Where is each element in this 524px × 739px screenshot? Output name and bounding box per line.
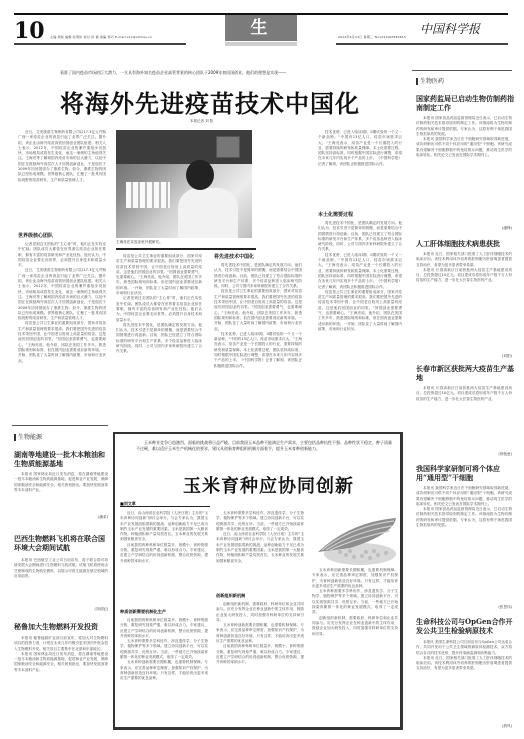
left-sidebar-label: 生物能源 (14, 432, 42, 441)
header-underline-left (14, 43, 186, 45)
right-item-5-headline: 生命科技公司与OpGen合作开发公共卫生检验病原技术 (416, 617, 514, 635)
header-underline-right (336, 43, 508, 45)
right-item-4-body: 本报讯 我国科学家近日在干细胞研究领域取得新进展，成功研制出可供不同个体应用的“… (416, 486, 512, 602)
editor-info: 主编:周斌 编辑:张明伟 校对:何 楠 美编:郑巧 E-mail:xxx@sti… (50, 35, 152, 39)
lead-col3-text: 将先进技术中国化，是团队确定的发展方向。他们认为，技术引进不是简单的照搬，而是需… (214, 263, 302, 420)
page-number: 10 (14, 20, 45, 42)
lead-col1-text: 近日，艾美康淮生物制药有限公司以17.3亿元并购广西一家疫苗企业的消息引起了业界… (18, 130, 106, 230)
left-item-1-headline: 湖南等地建设一批木本粮油和生物质能源基地 (14, 450, 110, 468)
left-item-3-headline: 秘鲁加大生物燃料开发投资 (14, 622, 110, 631)
feature-col2-text: 玉米育种需要多学科协作，涉及遗传学、分子生物学、植物保护等多个领域。建立协同创新… (216, 511, 304, 595)
lead-col4-text: 技术优势，已进入临床I期、II期试验的一个又一个新品种。“中国有13亿人口，疫苗… (318, 130, 402, 210)
lead-col4b-text: 将先进技术中国化，是团队确定的发展方向。他们认为，技术引进不是简单的照搬，而是需… (318, 221, 402, 421)
right-item-3-body: 本报讯 长春高新区日前获批两大疫苗生产基地建设项目，总投资超过10亿元。项目建成… (416, 386, 512, 452)
lead-headline: 将海外先进疫苗技术中国化 (60, 90, 360, 118)
right-item-2-headline: 人工肝体细胞技术病患获批 (416, 239, 514, 248)
right-sidebar-rule (412, 70, 512, 71)
right-item-4-source: (张思玮) (416, 605, 512, 610)
right-item-2-source: (刘阳) (416, 354, 512, 359)
date-info: 2012年6月13日 星期三 Tel:(010)62580615 (338, 35, 406, 39)
right-item-2-body: 本报讯 近日，国家相关部门批准了人工肝体细胞技术的临床应用。该技术利用体外培养的… (416, 252, 512, 354)
left-item-3-body: 本报讯 秘鲁能源矿业部日前宣布，将加大对生物燃料项目的投资力度，计划在未来几年内… (14, 636, 108, 731)
right-item-3-headline: 长春市新区获批两大疫苗生产基地 (416, 364, 514, 382)
left-item-2-body: 本报讯 巴西航空工业公司日前宣布，将于联合国可持续发展大会期间进行生物燃料飞机试… (14, 558, 108, 606)
left-item-1-body: 本报讯 国家林业局近日发布消息，将在湖南等地建设一批木本粮油和生物质能源基地，促… (14, 472, 108, 514)
lead-subhead-3: 本土化需要过程 (318, 212, 353, 219)
lab-device (216, 136, 240, 158)
photo-caption: 王海亮在实验室里开展研究。 (116, 240, 163, 245)
feature-byline-rule (120, 506, 210, 507)
corn-photo (310, 512, 398, 567)
feature-col1b-text: 目前我国育种科研单位数量多、规模小，育种资源分散，重复研究现象严重，难以形成合力… (120, 618, 208, 724)
feature-col3-text: 玉米育种创新需要长期积累，也需要机制保障。专家表示，应完善品种审定制度，加强知识… (312, 568, 398, 724)
lab-photo (116, 130, 252, 238)
right-item-1-headline: 国家药监局已启动生物仿制药指南制定工作 (416, 94, 514, 112)
lead-col2-text: 疫苗是公共卫生事业的重要组成部分，国家对疫苗生产和质量管理的要求很高。我们要把国… (116, 254, 202, 420)
left-item-1-source: (潘希) (14, 515, 108, 520)
lead-byline: 本报记者 刘 阳 (190, 119, 213, 124)
feature-headline: 玉米育种应协同创新 (183, 472, 354, 498)
lead-subhead-1: 世界级核心团队 (18, 233, 53, 240)
left-item-2-headline: 巴西生物燃料飞机将在联合国环境大会期间试航 (14, 534, 110, 552)
lead-subhead-2: 将先进技术中国化 (214, 254, 254, 261)
photo-rule (116, 248, 256, 250)
right-item-3-source: (郭勉愈) (416, 452, 512, 457)
section-tab: 生物 (225, 15, 297, 41)
lead-deck: 看准了国内疫苗市场的巨大潜力，一支具有海外知名疫苗企业高管背景的核心团队于200… (60, 70, 320, 76)
top-rule-right (297, 13, 508, 15)
lead-col1b-text: 记者见到这支团队的“主心骨”时，他们正在实验室中忙碌。团队成员大都曾在世界著名疫… (18, 242, 106, 422)
feature-deck: 玉米种业竞争日趋激烈，面临的挑战将日益严峻。目前我国玉米品种不能满足生产需求，主… (136, 440, 392, 452)
right-item-4-headline: 我国科学家研制可将个体应用“通用型”干细胞 (416, 464, 514, 482)
lab-bottles (126, 182, 170, 208)
right-item-1-source: (潘锋) (416, 226, 512, 231)
feature-col1-text: 近日，由山西省农业科学院《人民日报》主办的“玉米育种协同创新”研讨会举行。与会专… (120, 511, 208, 621)
left-item-2-source: (冯丽妃) (14, 607, 108, 612)
right-item-5-source: (晨风) (416, 724, 512, 729)
right-sidebar-label: 生物医药 (416, 76, 444, 85)
section-tab-bar (225, 42, 297, 46)
feature-col2b-text: 创新组织新机制，需要政府、科研单位和企业共同参与。应充分发挥企业在种业创新中的主… (216, 602, 304, 724)
left-sidebar-rule (12, 425, 108, 426)
right-item-1-body: 本报讯 国家食品药品监督管理局近日表示，已启动生物仿制药相关技术指导原则的制定工… (416, 116, 512, 226)
right-item-5-body: 本报讯 美国生命科技公司日前宣布与OpGen公司达成合作，共同开发用于公共卫生领… (416, 640, 512, 724)
feature-subhead-2: 创新组织新机制 (216, 592, 245, 599)
feature-subhead-1: 种质创新需要机制化生产 (120, 608, 166, 615)
masthead-logo: 中国科学报 (420, 20, 480, 37)
